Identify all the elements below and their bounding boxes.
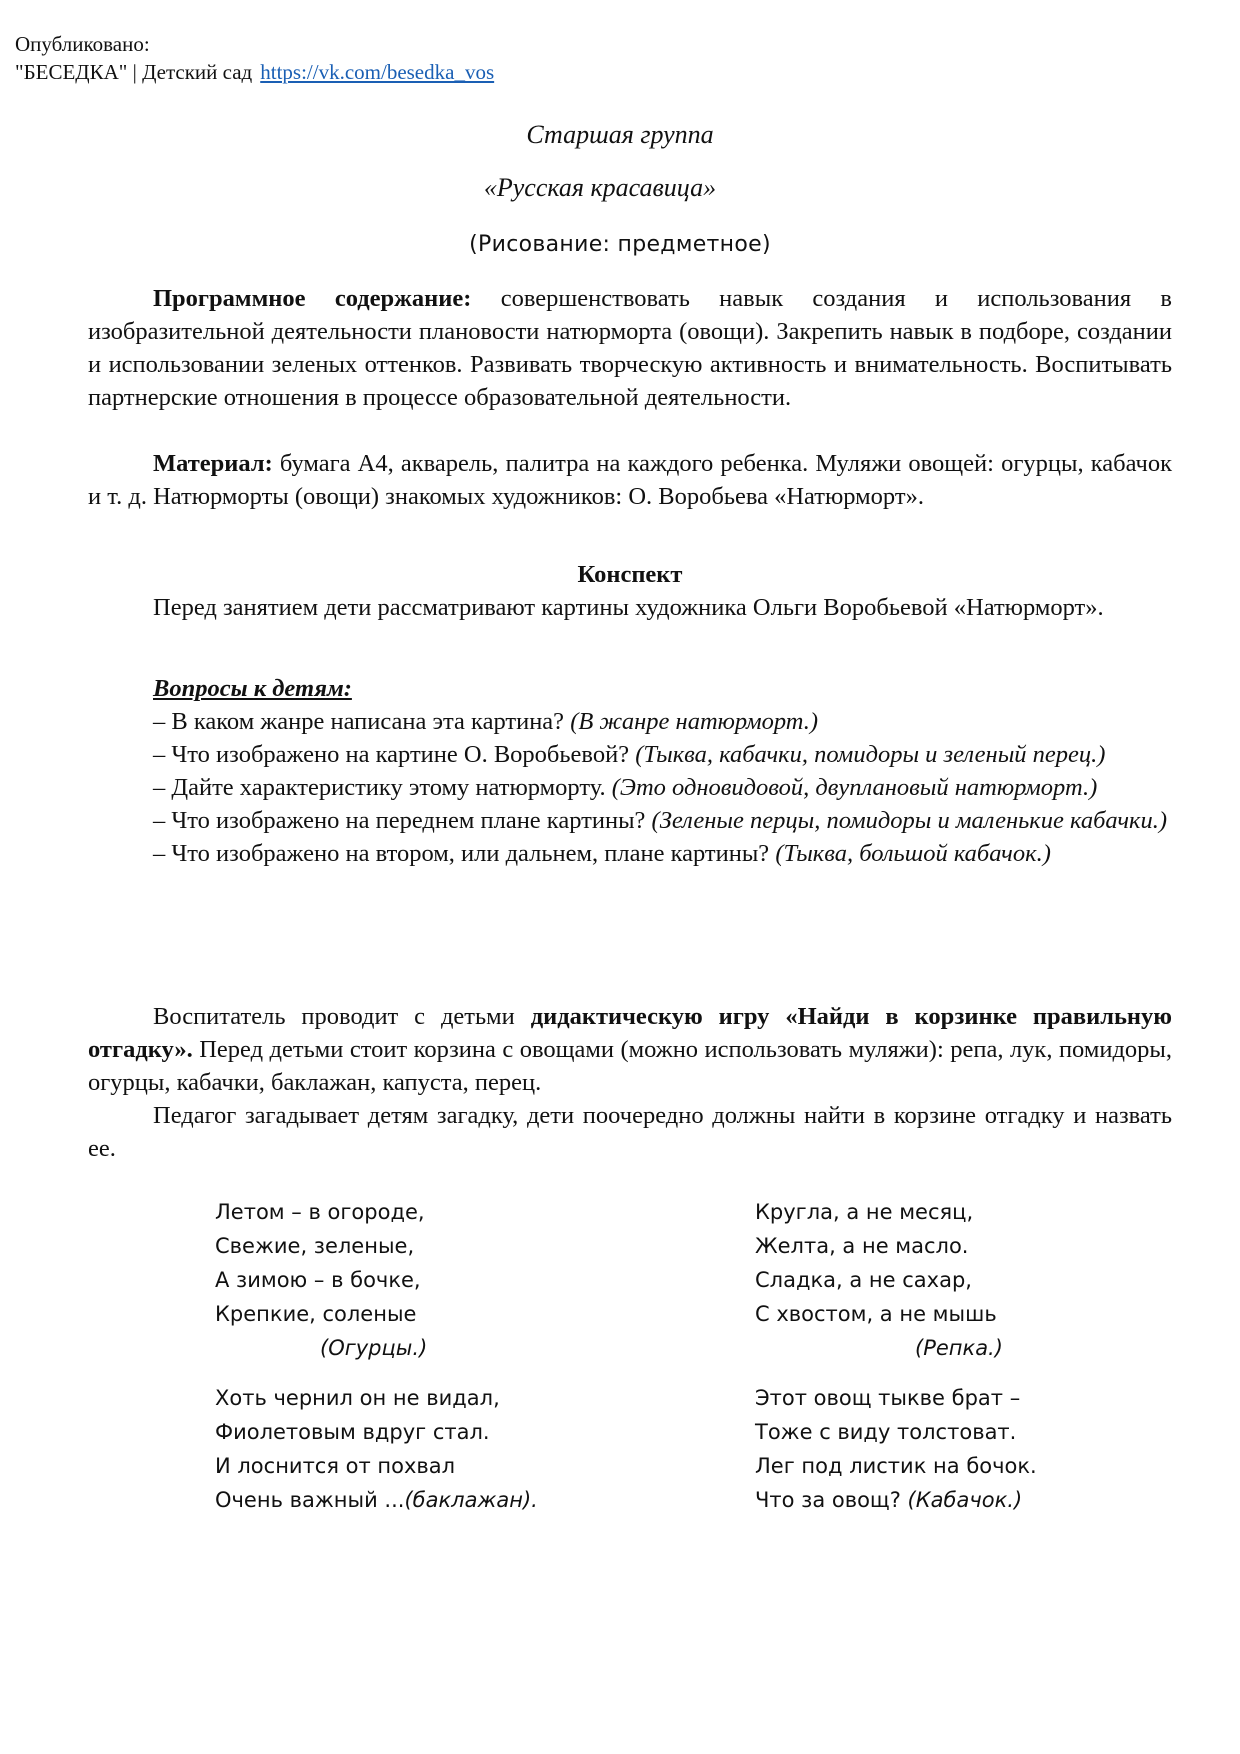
riddle-turnip: Кругла, а не месяц, Желта, а не масло. С… — [755, 1195, 1003, 1365]
source-line: "БЕСЕДКА" | Детский садhttps://vk.com/be… — [15, 58, 494, 86]
summary-intro: Перед занятием дети рассматривают картин… — [88, 591, 1172, 624]
riddle-answer: (баклажан). — [404, 1488, 537, 1512]
game-section: Воспитатель проводит с детьми дидактичес… — [88, 1000, 1172, 1165]
question-item: – Что изображено на втором, или дальнем,… — [88, 837, 1172, 870]
publication-header: Опубликовано: "БЕСЕДКА" | Детский садhtt… — [15, 30, 494, 86]
vk-link[interactable]: https://vk.com/besedka_vos — [260, 60, 494, 84]
questions-heading: Вопросы к детям: — [153, 675, 352, 702]
topic-title: «Русская красавица» — [0, 173, 1220, 203]
riddle-answer: (Огурцы.) — [215, 1331, 427, 1365]
riddle-answer: (Кабачок.) — [908, 1488, 1023, 1512]
summary-section: Конспект Перед занятием дети рассматрива… — [88, 558, 1172, 624]
question-item: – Дайте характеристику этому натюрморту.… — [88, 771, 1172, 804]
published-label: Опубликовано: — [15, 30, 494, 58]
group-title: Старшая группа — [0, 120, 1240, 150]
question-item: – В каком жанре написана эта картина? (В… — [88, 705, 1172, 738]
riddle-cucumber: Летом – в огороде, Свежие, зеленые, А зи… — [215, 1195, 427, 1365]
riddle-zucchini: Этот овощ тыкве брат – Тоже с виду толст… — [755, 1381, 1037, 1517]
riddle-answer: (Репка.) — [755, 1331, 1003, 1365]
riddle-eggplant: Хоть чернил он не видал, Фиолетовым вдру… — [215, 1381, 538, 1517]
material-label: Материал: — [153, 450, 273, 477]
program-label: Программное содержание: — [153, 285, 471, 312]
source-text: "БЕСЕДКА" | Детский сад — [15, 60, 252, 84]
question-item: – Что изображено на картине О. Воробьево… — [88, 738, 1172, 771]
activity-title: (Рисование: предметное) — [0, 232, 1240, 257]
summary-heading: Конспект — [88, 558, 1172, 591]
material-paragraph: Материал: бумага А4, акварель, палитра н… — [88, 447, 1172, 513]
question-item: – Что изображено на переднем плане карти… — [88, 804, 1172, 837]
program-paragraph: Программное содержание: совершенствовать… — [88, 282, 1172, 414]
riddle-intro: Педагог загадывает детям загадку, дети п… — [88, 1099, 1172, 1165]
questions-section: Вопросы к детям: – В каком жанре написан… — [88, 672, 1172, 870]
